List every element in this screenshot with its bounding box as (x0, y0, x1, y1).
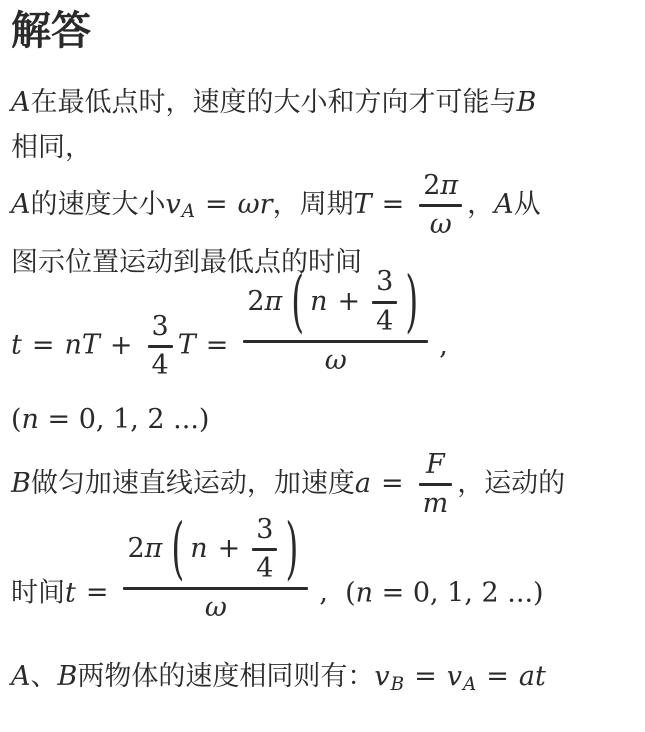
var-at: at (519, 661, 546, 692)
var-A: A (11, 661, 31, 692)
fraction-numerator: 3 (252, 515, 277, 545)
fraction-3-over-4: 34 (372, 267, 397, 336)
right-paren: ) (405, 264, 418, 340)
var-A: A (11, 189, 31, 220)
fraction-bar (123, 587, 308, 590)
right-paren: ) (285, 512, 298, 588)
plus-sign: + (110, 330, 133, 361)
var-B: B (58, 661, 78, 692)
subscript-B: B (391, 674, 405, 695)
text-run: 时间 (11, 577, 65, 607)
paragraph-4-line: A、B两物体的速度相同则有：vB=vA=at (11, 654, 631, 699)
fraction-F-over-m: Fm (419, 450, 453, 519)
var-pi: π (265, 287, 283, 317)
text-run: 在最低点时，速度的大小和方向才可能与 (31, 87, 517, 117)
var-nT: nT (64, 330, 99, 361)
paragraph-3-line-1: B做匀加速直线运动，加速度a=Fm，运动的 (11, 450, 631, 519)
fraction-2pi-n-plus-3-4-over-omega: 2π(n+34)ω (243, 267, 428, 376)
var-pi: π (440, 170, 458, 201)
var-A: A (494, 189, 514, 220)
subscript-A: A (463, 674, 476, 695)
page-title: 解答 (11, 8, 631, 54)
var-n: n (356, 577, 373, 608)
fraction-bar (148, 345, 173, 348)
equals-sign: = (32, 330, 55, 361)
text-run: 两物体的速度相同则有： (77, 661, 374, 691)
paragraph-1-line-1: A在最低点时，速度的大小和方向才可能与B (11, 80, 631, 125)
fraction-2pi-over-omega: 2πω (419, 171, 462, 240)
equals-sign: = (382, 189, 405, 220)
fraction-bar (419, 483, 453, 486)
fraction-bar (252, 548, 277, 551)
fraction-numerator: 2π (419, 171, 462, 201)
fraction-3-over-4: 34 (252, 515, 277, 584)
digit-2: 2 (247, 287, 264, 317)
fraction-bar (243, 340, 428, 343)
left-paren: ( (345, 577, 356, 608)
equals-sign: = (486, 661, 509, 692)
fraction-denominator: m (419, 489, 453, 519)
text-run: ，运动的 (457, 468, 565, 498)
fraction-denominator: ω (426, 210, 456, 240)
digit-2: 2 (423, 170, 440, 201)
fraction-3-over-4: 34 (148, 312, 173, 381)
fraction-numerator: 3 (148, 312, 173, 342)
equals-sign: = (86, 577, 109, 608)
fraction-denominator: 4 (372, 307, 397, 337)
text-run: = 0, 1, 2 ...) (373, 577, 544, 608)
left-paren: ( (171, 512, 184, 588)
text-run: ，周期 (273, 189, 354, 219)
formula-t-equals: t=nT+34T=2π(n+34)ω, (11, 292, 631, 401)
var-pi: π (145, 534, 163, 564)
paragraph-2-line-1: A的速度大小vA=ωr，周期T=2πω，A从 (11, 171, 631, 240)
var-B: B (11, 468, 31, 499)
text-run: 相同， (11, 132, 92, 162)
var-v: v (447, 661, 462, 692)
var-T: T (178, 330, 196, 361)
var-A: A (11, 87, 31, 118)
fraction-bar (372, 301, 397, 304)
fraction-numerator: F (422, 450, 449, 480)
left-paren: ( (11, 404, 22, 435)
text-run: 、 (31, 661, 58, 691)
comma: , (319, 577, 328, 608)
comma: , (439, 330, 448, 361)
paragraph-1-line-2: 相同， (11, 125, 631, 169)
fraction-denominator: 4 (148, 351, 173, 381)
fraction-numerator: 3 (372, 267, 397, 297)
left-paren: ( (291, 264, 304, 340)
var-n: n (190, 534, 207, 564)
subscript-A: A (182, 201, 195, 222)
var-a: a (355, 468, 371, 499)
text-run: ， (467, 189, 494, 219)
text-run: 做匀加速直线运动，加速度 (31, 468, 355, 498)
equals-sign: = (205, 189, 228, 220)
text-run: 的速度大小 (31, 189, 166, 219)
equals-sign: = (206, 330, 229, 361)
var-v: v (166, 189, 181, 220)
fraction-numerator: 2π(n+34) (123, 515, 308, 584)
equals-sign: = (414, 661, 437, 692)
fraction-denominator: ω (201, 593, 231, 623)
var-n: n (310, 287, 327, 317)
fraction-denominator: 4 (252, 554, 277, 584)
spacer (328, 577, 345, 608)
var-omega-r: ωr (238, 189, 273, 220)
var-t: t (65, 577, 76, 608)
solution-document: 解答 A在最低点时，速度的大小和方向才可能与B 相同， A的速度大小vA=ωr，… (0, 0, 645, 699)
plus-sign: + (218, 534, 241, 564)
var-v: v (374, 661, 389, 692)
equals-sign: = (381, 468, 404, 499)
var-T: T (354, 189, 372, 220)
fraction-2pi-n-plus-3-4-over-omega: 2π(n+34)ω (123, 515, 308, 624)
formula-time-equals: 时间t=2π(n+34)ω, (n = 0, 1, 2 ...) (11, 540, 631, 649)
fraction-bar (419, 204, 462, 207)
plus-sign: + (338, 287, 361, 317)
var-n: n (22, 404, 39, 435)
digit-2: 2 (127, 534, 144, 564)
n-domain-line: (n = 0, 1, 2 ...) (11, 397, 631, 442)
fraction-numerator: 2π(n+34) (243, 267, 428, 336)
var-t: t (11, 330, 22, 361)
fraction-denominator: ω (321, 346, 351, 376)
var-B: B (517, 87, 537, 118)
text-run: = 0, 1, 2 ...) (39, 404, 210, 435)
text-run: 从 (514, 189, 541, 219)
